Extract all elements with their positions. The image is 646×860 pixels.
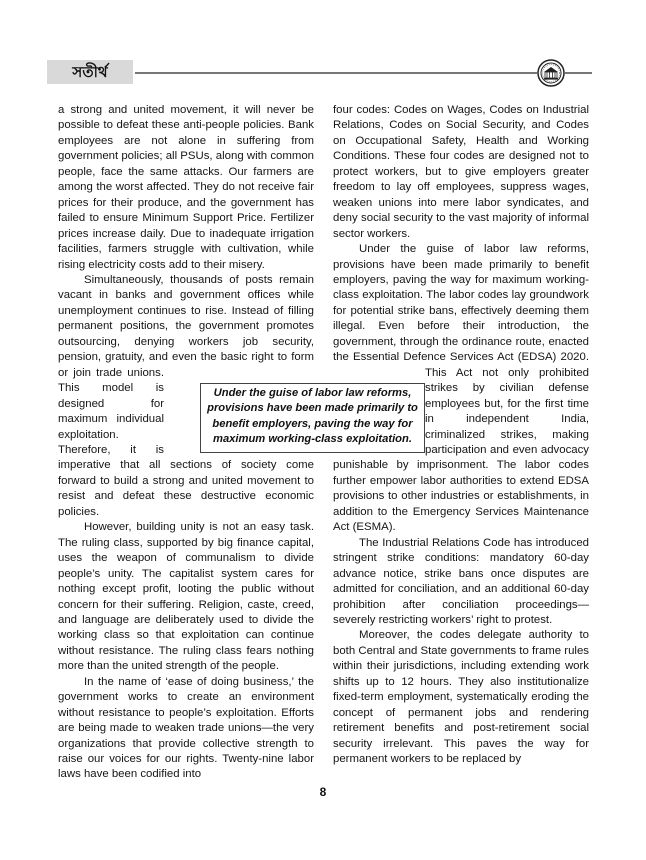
paragraph: four codes: Codes on Wages, Codes on Ind…: [333, 103, 589, 242]
page-number: 8: [0, 785, 646, 799]
page-header: সতীর্থ: [47, 60, 592, 84]
paragraph: a strong and united movement, it will ne…: [58, 103, 314, 273]
paragraph: The Industrial Relations Code has introd…: [333, 536, 589, 629]
paragraph: Moreover, the codes delegate authority t…: [333, 628, 589, 767]
union-emblem-icon: [537, 59, 565, 87]
header-divider: [135, 72, 592, 74]
paragraph: However, building unity is not an easy t…: [58, 520, 314, 675]
paragraph: In the name of ‘ease of doing business,’…: [58, 675, 314, 783]
publication-title: সতীর্থ: [47, 60, 133, 84]
pull-quote: Under the guise of labor law reforms, pr…: [200, 383, 425, 453]
